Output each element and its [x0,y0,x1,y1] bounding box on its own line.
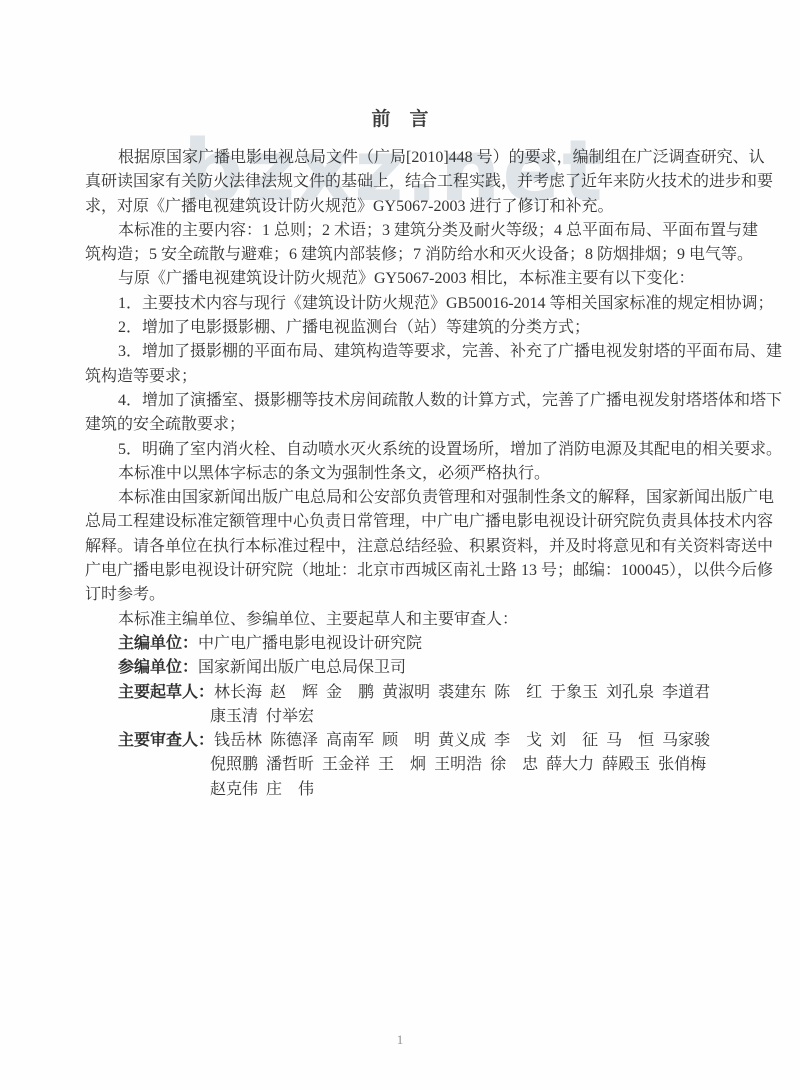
person-name: 陈德泽 [270,732,318,749]
person-name: 陈 红 [494,684,542,701]
line-text: 2．增加了电影摄影棚、广播电视监测台（站）等建筑的分类方式； [118,319,590,336]
field-label: 主编单位： [118,635,198,652]
person-name: 康玉清 [210,708,258,725]
text-line: 建筑的安全疏散要求； [85,413,725,437]
person-name: 王 炯 [378,756,426,773]
text-line: 主编单位：中广电广播电影电视设计研究院 [85,632,725,656]
person-name: 薛大力 [546,756,594,773]
text-line: 主要起草人：林长海赵 辉金 鹏黄淑明裘建东陈 红于象玉刘孔泉李道君 [85,681,725,705]
text-line: 1．主要技术内容与现行《建筑设计防火规范》GB50016-2014 等相关国家标… [85,292,725,316]
person-name: 潘哲昕 [266,756,314,773]
line-text: 与原《广播电视建筑设计防火规范》GY5067-2003 相比，本标准主要有以下变… [118,270,694,287]
person-name: 赵 辉 [270,684,318,701]
person-name: 徐 忠 [490,756,538,773]
text-line: 本标准中以黑体字标志的条文为强制性条文，必须严格执行。 [85,462,725,486]
person-name: 黄义成 [438,732,486,749]
text-line: 筑构造等要求； [85,365,725,389]
person-name: 王明浩 [434,756,482,773]
text-line: 广电广播电影电视设计研究院（地址：北京市西城区南礼士路 13 号；邮编：1000… [85,559,725,583]
line-text: 本标准主编单位、参编单位、主要起草人和主要审查人： [118,611,518,628]
text-line: 2．增加了电影摄影棚、广播电视监测台（站）等建筑的分类方式； [85,316,725,340]
person-name: 顾 明 [382,732,430,749]
line-text: 5．明确了室内消火栓、自动喷水灭火系统的设置场所，增加了消防电源及其配电的相关要… [118,441,782,458]
line-text: 解释。请各单位在执行本标准过程中，注意总结经验、积累资料，并及时将意见和有关资料… [85,538,773,555]
text-line: 康玉清付举宏 [85,705,725,729]
body-lines: 根据原国家广播电影电视总局文件（广局[2010]448 号）的要求，编制组在广泛… [85,146,725,802]
line-text: 筑构造等要求； [85,368,197,385]
text-line: 5．明确了室内消火栓、自动喷水灭火系统的设置场所，增加了消防电源及其配电的相关要… [85,438,725,462]
text-line: 求，对原《广播电视建筑设计防火规范》GY5067-2003 进行了修订和补充。 [85,195,725,219]
page-title: 前 言 [0,104,800,131]
line-text: 真研读国家有关防火法律法规文件的基础上，结合工程实践，并考虑了近年来防火技术的进… [85,173,773,190]
text-line: 倪照鹏潘哲昕王金祥王 炯王明浩徐 忠薛大力薛殿玉张俏梅 [85,753,725,777]
line-text: 本标准由国家新闻出版广电总局和公安部负责管理和对强制性条文的解释，国家新闻出版广… [118,489,774,506]
person-name: 林长海 [214,684,262,701]
text-line: 与原《广播电视建筑设计防火规范》GY5067-2003 相比，本标准主要有以下变… [85,267,725,291]
person-name: 王金祥 [322,756,370,773]
person-name: 刘孔泉 [606,684,654,701]
line-text: 广电广播电影电视设计研究院（地址：北京市西城区南礼士路 13 号；邮编：1000… [85,562,773,579]
text-line: 根据原国家广播电影电视总局文件（广局[2010]448 号）的要求，编制组在广泛… [85,146,725,170]
person-name: 李 戈 [494,732,542,749]
person-name: 倪照鹏 [210,756,258,773]
text-line: 主要审查人：钱岳林陈德泽高南军顾 明黄义成李 戈刘 征马 恒马家骏 [85,729,725,753]
line-text: 1．主要技术内容与现行《建筑设计防火规范》GB50016-2014 等相关国家标… [118,295,774,312]
line-text: 本标准中以黑体字标志的条文为强制性条文，必须严格执行。 [118,465,550,482]
line-text: 国家新闻出版广电总局保卫司 [198,659,406,676]
person-name: 张俏梅 [658,756,706,773]
document-page: bzxz.net 前 言 根据原国家广播电影电视总局文件（广局[2010]448… [0,0,800,1090]
person-name: 赵克伟 [210,781,258,798]
text-line: 参编单位：国家新闻出版广电总局保卫司 [85,656,725,680]
person-name: 钱岳林 [214,732,262,749]
text-line: 3．增加了摄影棚的平面布局、建筑构造等要求，完善、补充了广播电视发射塔的平面布局… [85,340,725,364]
person-name: 马家骏 [662,732,710,749]
field-label: 主要起草人： [118,684,214,701]
text-line: 总局工程建设标准定额管理中心负责日常管理，中广电广播电影电视设计研究院负责具体技… [85,510,725,534]
text-line: 解释。请各单位在执行本标准过程中，注意总结经验、积累资料，并及时将意见和有关资料… [85,535,725,559]
line-text: 建筑的安全疏散要求； [85,416,245,433]
text-line: 4．增加了演播室、摄影棚等技术房间疏散人数的计算方式，完善了广播电视发射塔塔体和… [85,389,725,413]
text-line: 本标准主编单位、参编单位、主要起草人和主要审查人： [85,608,725,632]
person-name: 薛殿玉 [602,756,650,773]
line-text: 总局工程建设标准定额管理中心负责日常管理，中广电广播电影电视设计研究院负责具体技… [85,513,773,530]
page-number: 1 [0,1032,800,1048]
text-line: 赵克伟庄 伟 [85,778,725,802]
person-name: 裘建东 [438,684,486,701]
line-text: 筑构造；5 安全疏散与避难；6 建筑内部装修；7 消防给水和灭火设备；8 防烟排… [85,246,753,263]
line-text: 根据原国家广播电影电视总局文件（广局[2010]448 号）的要求，编制组在广泛… [118,149,765,166]
line-text: 3．增加了摄影棚的平面布局、建筑构造等要求，完善、补充了广播电视发射塔的平面布局… [118,343,782,360]
person-name: 黄淑明 [382,684,430,701]
person-name: 马 恒 [606,732,654,749]
person-name: 高南军 [326,732,374,749]
person-name: 于象玉 [550,684,598,701]
text-line: 筑构造；5 安全疏散与避难；6 建筑内部装修；7 消防给水和灭火设备；8 防烟排… [85,243,725,267]
text-line: 真研读国家有关防火法律法规文件的基础上，结合工程实践，并考虑了近年来防火技术的进… [85,170,725,194]
text-line: 本标准由国家新闻出版广电总局和公安部负责管理和对强制性条文的解释，国家新闻出版广… [85,486,725,510]
person-name: 李道君 [662,684,710,701]
person-name: 金 鹏 [326,684,374,701]
person-name: 庄 伟 [266,781,314,798]
text-line: 订时参考。 [85,583,725,607]
line-text: 求，对原《广播电视建筑设计防火规范》GY5067-2003 进行了修订和补充。 [85,198,613,215]
field-label: 参编单位： [118,659,198,676]
person-name: 刘 征 [550,732,598,749]
person-name: 付举宏 [266,708,314,725]
line-text: 中广电广播电影电视设计研究院 [198,635,422,652]
line-text: 本标准的主要内容：1 总则；2 术语；3 建筑分类及耐火等级；4 总平面布局、平… [118,222,758,239]
text-line: 本标准的主要内容：1 总则；2 术语；3 建筑分类及耐火等级；4 总平面布局、平… [85,219,725,243]
line-text: 订时参考。 [85,586,165,603]
field-label: 主要审查人： [118,732,214,749]
line-text: 4．增加了演播室、摄影棚等技术房间疏散人数的计算方式，完善了广播电视发射塔塔体和… [118,392,782,409]
